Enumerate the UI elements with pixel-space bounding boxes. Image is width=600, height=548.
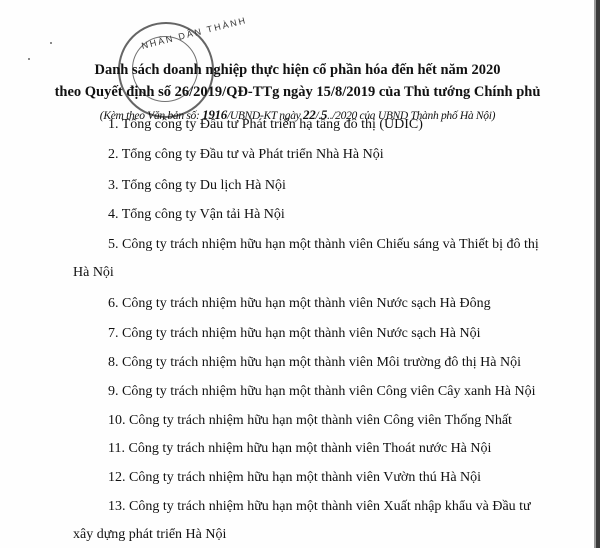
list-item: 3. Tổng công ty Du lịch Hà Nội (108, 178, 286, 194)
document-title-line2: theo Quyết định số 26/2019/QĐ-TTg ngày 1… (0, 84, 595, 101)
document-page: NHÂN DÂN THÀNH Danh sách doanh nghiệp th… (0, 0, 595, 548)
list-item: 6. Công ty trách nhiệm hữu hạn một thành… (108, 296, 491, 312)
list-item-continuation: Hà Nội (73, 265, 114, 281)
list-item: 7. Công ty trách nhiệm hữu hạn một thành… (108, 326, 481, 342)
list-item-continuation: xây dựng phát triển Hà Nội (73, 527, 226, 543)
list-item: 10. Công ty trách nhiệm hữu hạn một thàn… (108, 413, 512, 429)
scan-speck (28, 58, 30, 60)
document-title-line1: Danh sách doanh nghiệp thực hiện cổ phần… (0, 62, 595, 79)
list-item: 1. Tổng công ty Đầu tư Phát triển hạ tần… (108, 117, 423, 133)
list-item: 8. Công ty trách nhiệm hữu hạn một thành… (108, 355, 521, 371)
list-item: 5. Công ty trách nhiệm hữu hạn một thành… (108, 237, 539, 253)
list-item: 9. Công ty trách nhiệm hữu hạn một thành… (108, 384, 536, 400)
page-edge-border (596, 0, 600, 548)
list-item: 2. Tổng công ty Đầu tư và Phát triển Nhà… (108, 147, 384, 163)
list-item: 4. Tổng công ty Vận tải Hà Nội (108, 207, 285, 223)
list-item: 11. Công ty trách nhiệm hữu hạn một thàn… (108, 441, 491, 457)
list-item: 12. Công ty trách nhiệm hữu hạn một thàn… (108, 470, 481, 486)
scan-speck (50, 42, 52, 44)
list-item: 13. Công ty trách nhiệm hữu hạn một thàn… (108, 499, 531, 515)
